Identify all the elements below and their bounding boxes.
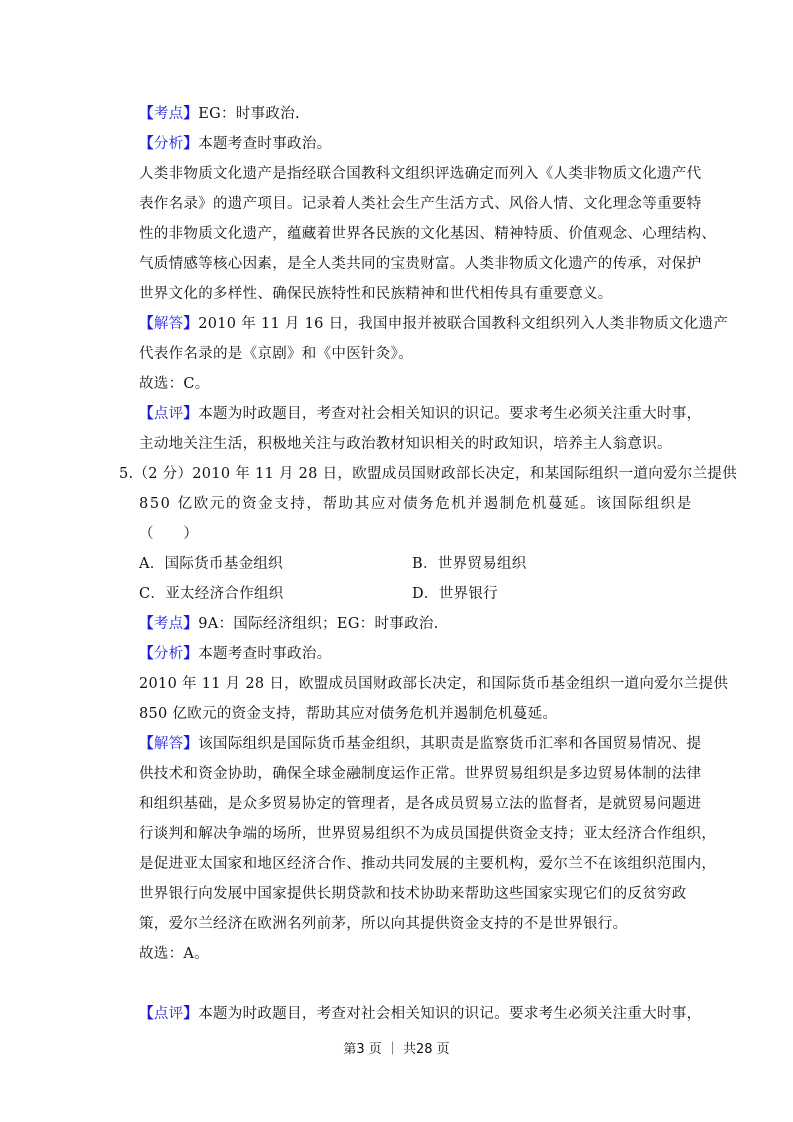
option-row: A．国际货币基金组织 B．世界贸易组织 (139, 554, 739, 574)
option-letter: B． (412, 556, 438, 572)
jieda-label: 解答 (154, 316, 184, 332)
dianping-text: 本题为时政题目，考查对社会相关知识的识记。要求考生必须关注重大时事， (198, 406, 701, 422)
bracket-close: 】 (183, 315, 198, 332)
bracket-close: 】 (183, 405, 198, 422)
analysis-line: 气质情感等核心因素，是全人类共同的宝贵财富。人类非物质文化遗产的传承，对保护 (139, 254, 679, 274)
kaodian-text: EG：时事政治. (198, 106, 300, 122)
bracket-open: 【 (139, 105, 154, 122)
option-a[interactable]: A．国际货币基金组织 (139, 556, 283, 572)
answer-line: 故选：C。 (139, 374, 210, 394)
analysis-line: 性的非物质文化遗产，蕴藏着世界各民族的文化基因、精神特质、价值观念、心理结构、 (139, 224, 679, 244)
bracket-open: 【 (139, 315, 154, 332)
dianping-row: 【点评】本题为时政题目，考查对社会相关知识的识记。要求考生必须关注重大时事， (139, 1004, 701, 1024)
bracket-close: 】 (183, 135, 198, 152)
jieda-text: 2010 年 11 月 16 日，我国申报并被联合国教科文组织列入人类非物质文化… (198, 316, 728, 332)
kaodian-text: 9A：国际经济组织；EG：时事政治. (198, 616, 438, 632)
option-row: C．亚太经济合作组织 D．世界银行 (139, 584, 739, 604)
kaodian-label: 考点 (154, 616, 184, 632)
option-text: 国际货币基金组织 (165, 556, 283, 572)
jieda-line: 和组织基础，是众多贸易协定的管理者，是各成员贸易立法的监督者，是就贸易问题进 (139, 794, 679, 814)
fenxi-label: 分析 (154, 646, 184, 662)
fenxi-text: 本题考查时事政治。 (198, 136, 331, 152)
jieda-line: 供技术和资金协助，确保全球金融制度运作正常。世界贸易组织是多边贸易体制的法律 (139, 764, 679, 784)
dianping-text: 本题为时政题目，考查对社会相关知识的识记。要求考生必须关注重大时事， (198, 1006, 701, 1022)
option-text: 世界贸易组织 (438, 556, 527, 572)
option-text: 世界银行 (439, 586, 498, 602)
analysis-line: 850 亿欧元的资金支持，帮助其应对债务危机并遏制危机蔓延。 (139, 704, 557, 724)
jieda-line: 代表作名录的是《京剧》和《中医针灸》。 (139, 344, 413, 364)
bracket-close: 】 (183, 735, 198, 752)
option-letter: A． (139, 556, 165, 572)
page-footer: 第3 页 ｜ 共28 页 (0, 1038, 793, 1057)
fenxi-label: 分析 (154, 136, 184, 152)
question-stem-line: 850 亿欧元的资金支持，帮助其应对债务危机并遏制危机蔓延。该国际组织是 (139, 494, 679, 514)
jieda-row: 【解答】2010 年 11 月 16 日，我国申报并被联合国教科文组织列入人类非… (139, 314, 728, 334)
dianping-label: 点评 (154, 1006, 184, 1022)
bracket-open: 【 (139, 1005, 154, 1022)
option-d[interactable]: D．世界银行 (412, 584, 498, 604)
option-c[interactable]: C．亚太经济合作组织 (139, 586, 284, 602)
fenxi-text: 本题考查时事政治。 (198, 646, 331, 662)
jieda-row: 【解答】该国际组织是国际货币基金组织，其职责是监察货币汇率和各国贸易情况、提 (139, 734, 701, 754)
bracket-open: 【 (139, 735, 154, 752)
kaodian-label: 考点 (154, 106, 184, 122)
jieda-label: 解答 (154, 736, 184, 752)
analysis-line: 表作名录》的遗产项目。记录着人类社会生产生活方式、风俗人情、文化理念等重要特 (139, 194, 679, 214)
bracket-close: 】 (183, 645, 198, 662)
option-b[interactable]: B．世界贸易组织 (412, 554, 527, 574)
option-text: 亚太经济合作组织 (165, 586, 283, 602)
bracket-open: 【 (139, 405, 154, 422)
question-stem: （2 分）2010 年 11 月 28 日，欧盟成员国财政部长决定，和某国际组织… (133, 466, 737, 482)
dianping-label: 点评 (154, 406, 184, 422)
bracket-open: 【 (139, 615, 154, 632)
option-letter: D． (412, 586, 439, 602)
analysis-line: 人类非物质文化遗产是指经联合国教科文组织评选确定而列入《人类非物质文化遗产代 (139, 164, 679, 184)
bracket-close: 】 (183, 105, 198, 122)
jieda-line: 行谈判和解决争端的场所，世界贸易组织不为成员国提供资金支持；亚太经济合作组织， (139, 824, 679, 844)
jieda-line: 世界银行向发展中国家提供长期贷款和技术协助来帮助这些国家实现它们的反贫穷政 (139, 884, 679, 904)
kaodian-row: 【考点】EG：时事政治. (139, 104, 300, 124)
kaodian-row: 【考点】9A：国际经济组织；EG：时事政治. (139, 614, 439, 634)
bracket-close: 】 (183, 1005, 198, 1022)
answer-line: 故选：A。 (139, 944, 209, 964)
fenxi-row: 【分析】本题考查时事政治。 (139, 644, 331, 664)
jieda-line: 是促进亚太国家和地区经济合作、推动共同发展的主要机构，爱尔兰不在该组织范围内， (139, 854, 679, 874)
document-page: 【考点】EG：时事政治. 【分析】本题考查时事政治。 人类非物质文化遗产是指经联… (0, 0, 793, 1122)
bracket-close: 】 (183, 615, 198, 632)
analysis-line: 世界文化的多样性、确保民族特性和民族精神和世代相传具有重要意义。 (139, 284, 613, 304)
question-stem-row: 5.（2 分）2010 年 11 月 28 日，欧盟成员国财政部长决定，和某国际… (119, 464, 737, 484)
dianping-line: 主动地关注生活，积极地关注与政治教材知识相关的时政知识，培养主人翁意识。 (139, 434, 672, 454)
bracket-open: 【 (139, 135, 154, 152)
jieda-text: 该国际组织是国际货币基金组织，其职责是监察货币汇率和各国贸易情况、提 (198, 736, 701, 752)
bracket-open: 【 (139, 645, 154, 662)
jieda-line: 策，爱尔兰经济在欧洲名列前茅，所以向其提供资金支持的不是世界银行。 (139, 914, 627, 934)
option-letter: C． (139, 586, 165, 602)
fenxi-row: 【分析】本题考查时事政治。 (139, 134, 331, 154)
question-number: 5. (119, 466, 133, 482)
answer-blank: （ ） (139, 524, 198, 544)
dianping-row: 【点评】本题为时政题目，考查对社会相关知识的识记。要求考生必须关注重大时事， (139, 404, 701, 424)
analysis-line: 2010 年 11 月 28 日，欧盟成员国财政部长决定，和国际货币基金组织一道… (139, 674, 679, 694)
